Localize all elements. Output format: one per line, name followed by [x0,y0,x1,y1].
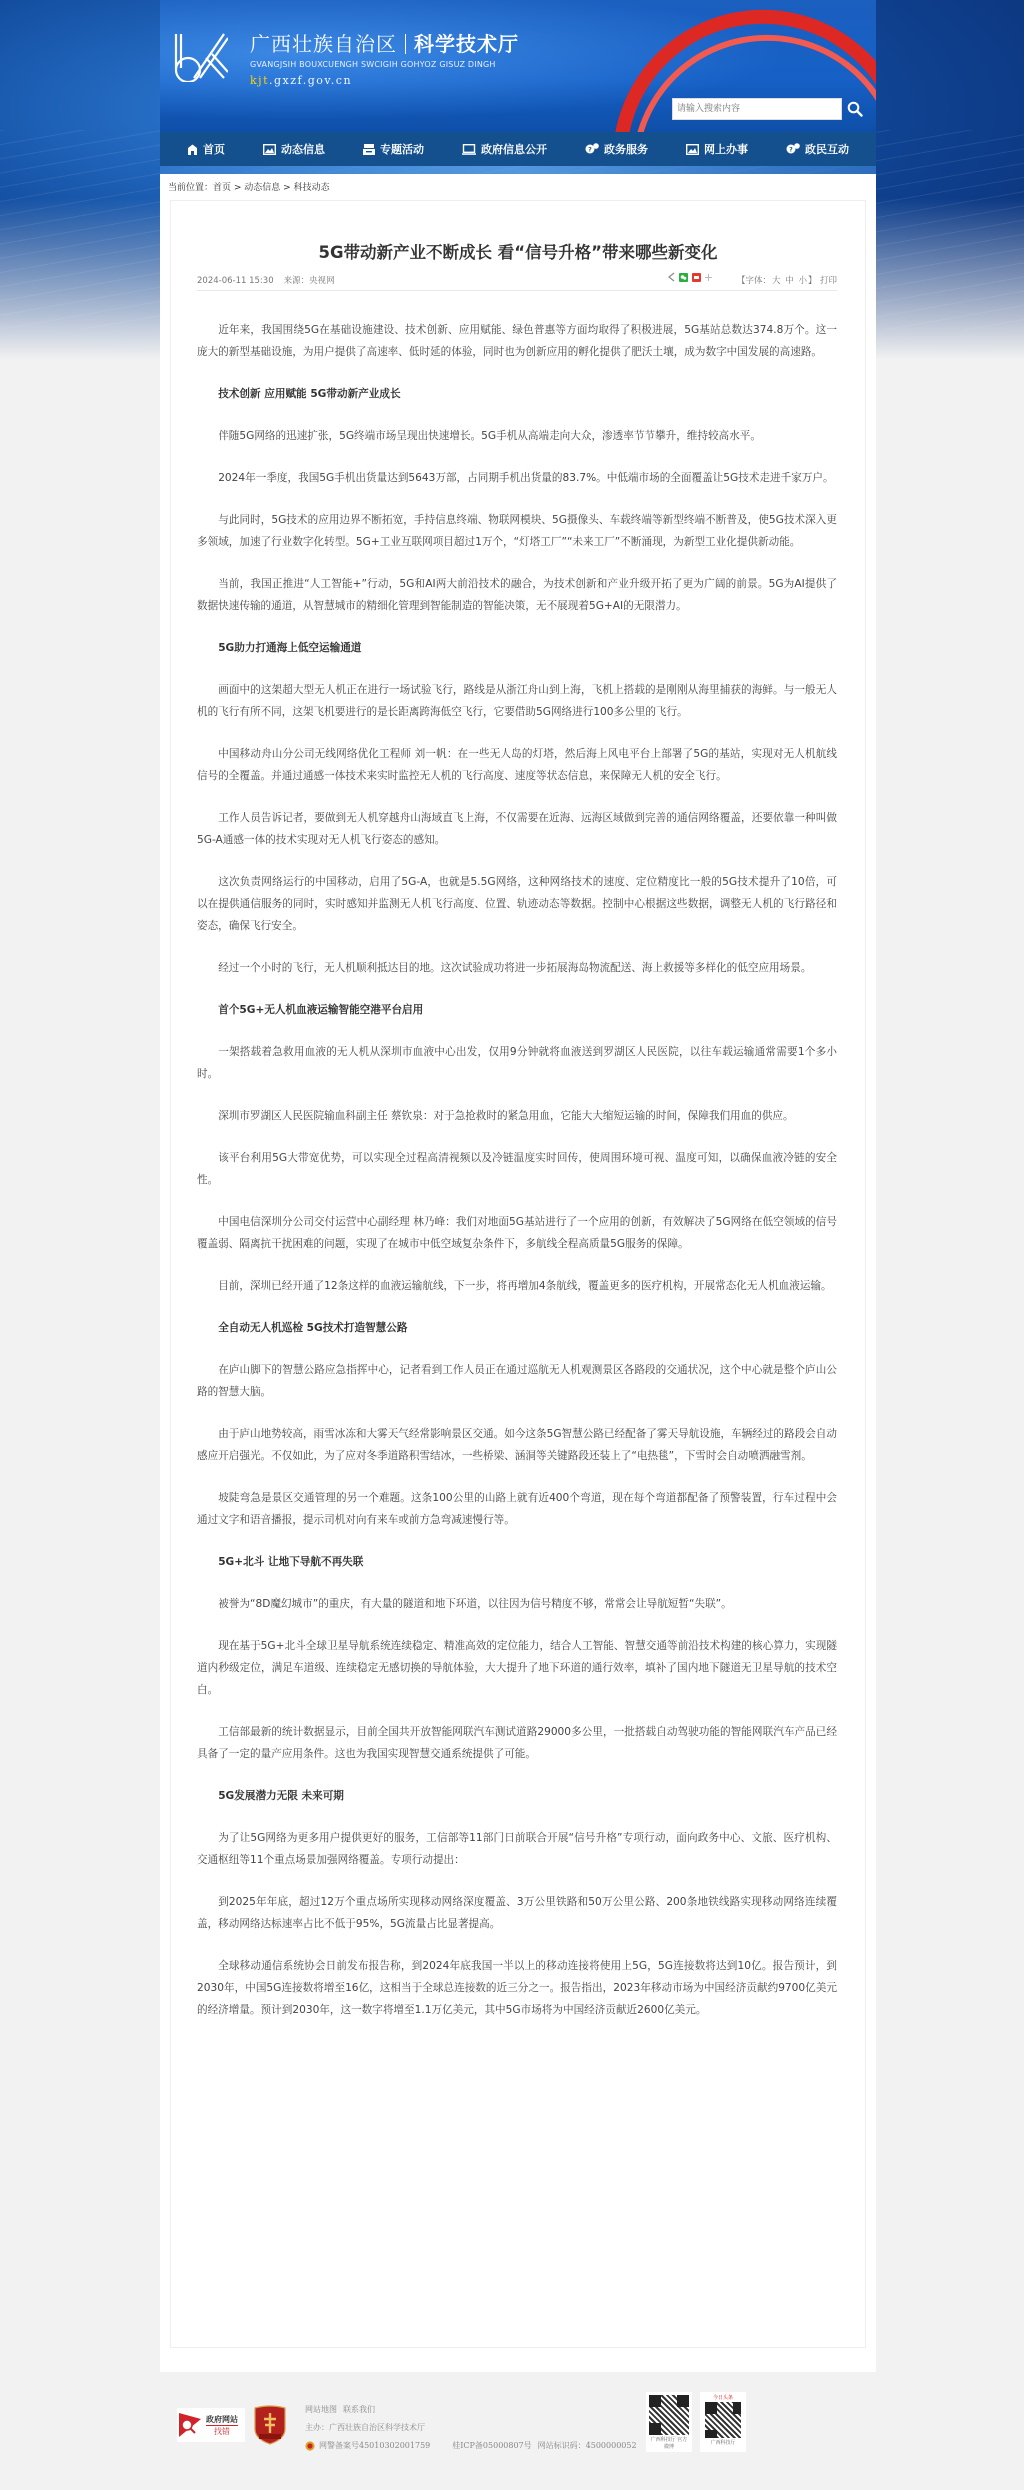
site-title: 广西壮族自治区科学技术厅 [250,28,519,57]
article-body: 近年来，我国围绕5G在基础设施建设、技术创新、应用赋能、绿色普惠等方面均取得了积… [197,319,837,2041]
article-paragraph: 坡陡弯急是景区交通管理的另一个难题。这条100公里的山路上就有近400个弯道，现… [197,1487,837,1531]
article-paragraph: 现在基于5G+北斗全球卫星导航系统连续稳定、精准高效的定位能力，结合人工智能、智… [197,1635,837,1701]
article-source: 来源：央视网 [284,276,335,286]
article-paragraph: 到2025年年底，超过12万个重点场所实现移动网络深度覆盖、3万公里铁路和50万… [197,1891,837,1935]
breadcrumb-home[interactable]: 首页 [213,183,231,193]
site-title-region: 广西壮族自治区 [250,32,397,56]
article-paragraph: 经过一个小时的飞行，无人机顺利抵达目的地。这次试验成功将进一步拓展海岛物流配送、… [197,957,837,979]
nav-item-online[interactable]: 网上办事 [686,141,748,157]
section-heading: 技术创新 应用赋能 5G带动新产业成长 [197,383,837,405]
article-paragraph: 目前，深圳已经开通了12条这样的血液运输航线，下一步，将再增加4条航线，覆盖更多… [197,1275,837,1297]
chat-icon: ? [786,143,800,155]
article-paragraph: 近年来，我国围绕5G在基础设施建设、技术创新、应用赋能、绿色普惠等方面均取得了积… [197,319,837,363]
article-title: 5G带动新产业不断成长 看“信号升格”带来哪些新变化 [171,239,865,263]
article-paragraph: 中国移动舟山分公司无线网络优化工程师 刘一帆：在一些无人岛的灯塔，然后海上风电平… [197,743,837,787]
picture-icon [686,144,699,155]
magnifier-icon [177,2411,203,2439]
chat-icon: ? [585,143,599,155]
monitor-icon [462,144,476,155]
font-small-button[interactable]: 小 [798,276,807,286]
site-title-dept: 科学技术厅 [414,32,519,56]
more-share-icon[interactable] [705,274,712,281]
search-icon [847,101,863,117]
article-paragraph: 该平台利用5G大带宽优势，可以实现全过程高清视频以及冷链温度实时回传，使周围环境… [197,1147,837,1191]
wechat-icon[interactable] [679,273,688,282]
nav-item-interaction[interactable]: ? 政民互动 [786,141,849,157]
article-paragraph: 一架搭载着急救用血液的无人机从深圳市血液中心出发，仅用9分钟就将血液送到罗湖区人… [197,1041,837,1085]
search-button[interactable] [842,98,868,120]
breadcrumb-tech-news[interactable]: 科技动态 [294,183,330,193]
weibo-icon[interactable] [692,273,701,282]
site-url: kjt.gxzf.gov.cn [250,74,352,87]
weibo-qr-code: 广西科技厅 官方微博 [646,2392,692,2452]
font-large-button[interactable]: 大 [772,276,781,286]
article-paragraph: 与此同时，5G技术的应用边界不断拓宽，手持信息终端、物联网模块、5G摄像头、车载… [197,509,837,553]
publish-date: 2024-06-11 15:30 [197,276,274,286]
share-icon[interactable] [667,272,675,282]
icp-link[interactable]: 桂ICP备05000807号 [452,2437,531,2455]
home-icon [187,144,198,155]
qr-code-icon [649,2395,689,2435]
section-heading: 5G+北斗 让地下导航不再失联 [197,1551,837,1573]
footer-info: 网站地图联系我们 主办：广西壮族自治区科学技术厅 网警备案号4501030200… [305,2401,637,2455]
nav-item-news[interactable]: 动态信息 [263,141,325,157]
article-paragraph: 2024年一季度，我国5G手机出货量达到5643万部，占同期手机出货量的83.7… [197,467,837,489]
article-paragraph: 为了让5G网络为更多用户提供更好的服务，工信部等11部门日前联合开展“信号升格”… [197,1827,837,1871]
section-heading: 5G助力打通海上低空运输通道 [197,637,837,659]
host-info: 主办：广西壮族自治区科学技术厅 [305,2419,637,2437]
article-paragraph: 中国电信深圳分公司交付运营中心副经理 林乃峰：我们对地面5G基站进行了一个应用的… [197,1211,837,1255]
main-nav: 首页 动态信息 专题活动 政府信息公开 ? 政务服务 网上办事 ? 政民互动 [160,132,876,166]
qr-code-icon [705,2402,741,2438]
article-card: 5G带动新产业不断成长 看“信号升格”带来哪些新变化 2024-06-11 15… [170,200,866,2348]
nav-decoration [160,166,876,174]
badge-subtitle: 找错 [206,2426,238,2437]
nav-item-gov-info[interactable]: 政府信息公开 [462,141,547,157]
site-title-en: GVANGJSIH BOUXCUENGH SWCIGIH GOHYOZ GISU… [250,60,496,69]
svg-text:?: ? [789,147,793,154]
breadcrumb-news[interactable]: 动态信息 [244,183,280,193]
search-input[interactable] [672,98,842,120]
article-paragraph: 深圳市罗湖区人民医院输血科副主任 蔡钦泉：对于急抢救时的紧急用血，它能大大缩短运… [197,1105,837,1127]
article-paragraph: 被誉为“8D魔幻城市”的重庆，有大量的隧道和地下环道，以往因为信号精度不够，常常… [197,1593,837,1615]
header-banner: 广西壮族自治区科学技术厅 GVANGJSIH BOUXCUENGH SWCIGI… [160,0,876,132]
font-size-control: 【字体：大 中 小】 [737,274,816,286]
article-paragraph: 伴随5G网络的迅速扩张，5G终端市场呈现出快速增长。5G手机从高端走向大众，渗透… [197,425,837,447]
article-paragraph: 在庐山脚下的智慧公路应急指挥中心，记者看到工作人员正在通过巡航无人机观测景区各路… [197,1359,837,1403]
article-paragraph: 当前，我国正推进“人工智能+”行动，5G和AI两大前沿技术的融合，为技术创新和产… [197,573,837,617]
contact-link[interactable]: 联系我们 [343,2405,375,2414]
article-paragraph: 这次负责网络运行的中国移动，启用了5G-A，也就是5.5G网络，这种网络技术的速… [197,871,837,937]
nav-item-home[interactable]: 首页 [187,141,225,157]
site-id: 网站标识码：4500000052 [538,2437,637,2455]
sitemap-link[interactable]: 网站地图 [305,2405,337,2414]
article-paragraph: 画面中的这架超大型无人机正在进行一场试验飞行，路线是从浙江舟山到上海，飞机上搭载… [197,679,837,723]
section-heading: 全自动无人机巡检 5G技术打造智慧公路 [197,1317,837,1339]
nav-item-topics[interactable]: 专题活动 [363,141,424,157]
main-content: 当前位置：首页 > 动态信息 > 科技动态 5G带动新产业不断成长 看“信号升格… [160,174,876,2372]
section-heading: 首个5G+无人机血液运输智能空港平台启用 [197,999,837,1021]
article-paragraph: 全球移动通信系统协会日前发布报告称，到2024年底我国一半以上的移动连接将使用上… [197,1955,837,2021]
gov-site-error-report-badge[interactable]: 政府网站 找错 [177,2408,245,2442]
font-medium-button[interactable]: 中 [785,276,794,286]
article-paragraph: 工信部最新的统计数据显示，目前全国共开放智能网联汽车测试道路29000多公里，一… [197,1721,837,1765]
article-paragraph: 由于庐山地势较高，雨雪冰冻和大雾天气经常影响景区交通。如今这条5G智慧公路已经配… [197,1423,837,1467]
department-logo-icon [172,30,228,82]
nav-item-services[interactable]: ? 政务服务 [585,141,648,157]
svg-text:?: ? [588,147,592,154]
police-record-link[interactable]: 网警备案号45010302001759 [319,2437,430,2455]
badge-title: 政府网站 [206,2414,238,2426]
article-paragraph: 工作人员告诉记者，要做到无人机穿越舟山海域直飞上海，不仅需要在近海、远海区域做到… [197,807,837,851]
share-bar [667,272,712,282]
article-meta: 2024-06-11 15:30来源：央视网 【字体：大 中 小】 打印 [197,271,837,291]
police-emblem-icon [305,2441,315,2451]
section-heading: 5G发展潜力无限 未来可期 [197,1785,837,1807]
print-button[interactable]: 打印 [820,274,837,286]
picture-icon [263,144,276,155]
party-gov-badge-icon[interactable] [253,2405,287,2445]
search-box [672,98,872,120]
toutiao-qr-code: 今日头条 广西科技厅 [700,2392,746,2452]
breadcrumb: 当前位置：首页 > 动态信息 > 科技动态 [168,180,330,193]
folder-icon [363,144,375,155]
footer: 政府网站 找错 网站地图联系我们 主办：广西壮族自治区科学技术厅 网警备案号45… [160,2372,876,2490]
